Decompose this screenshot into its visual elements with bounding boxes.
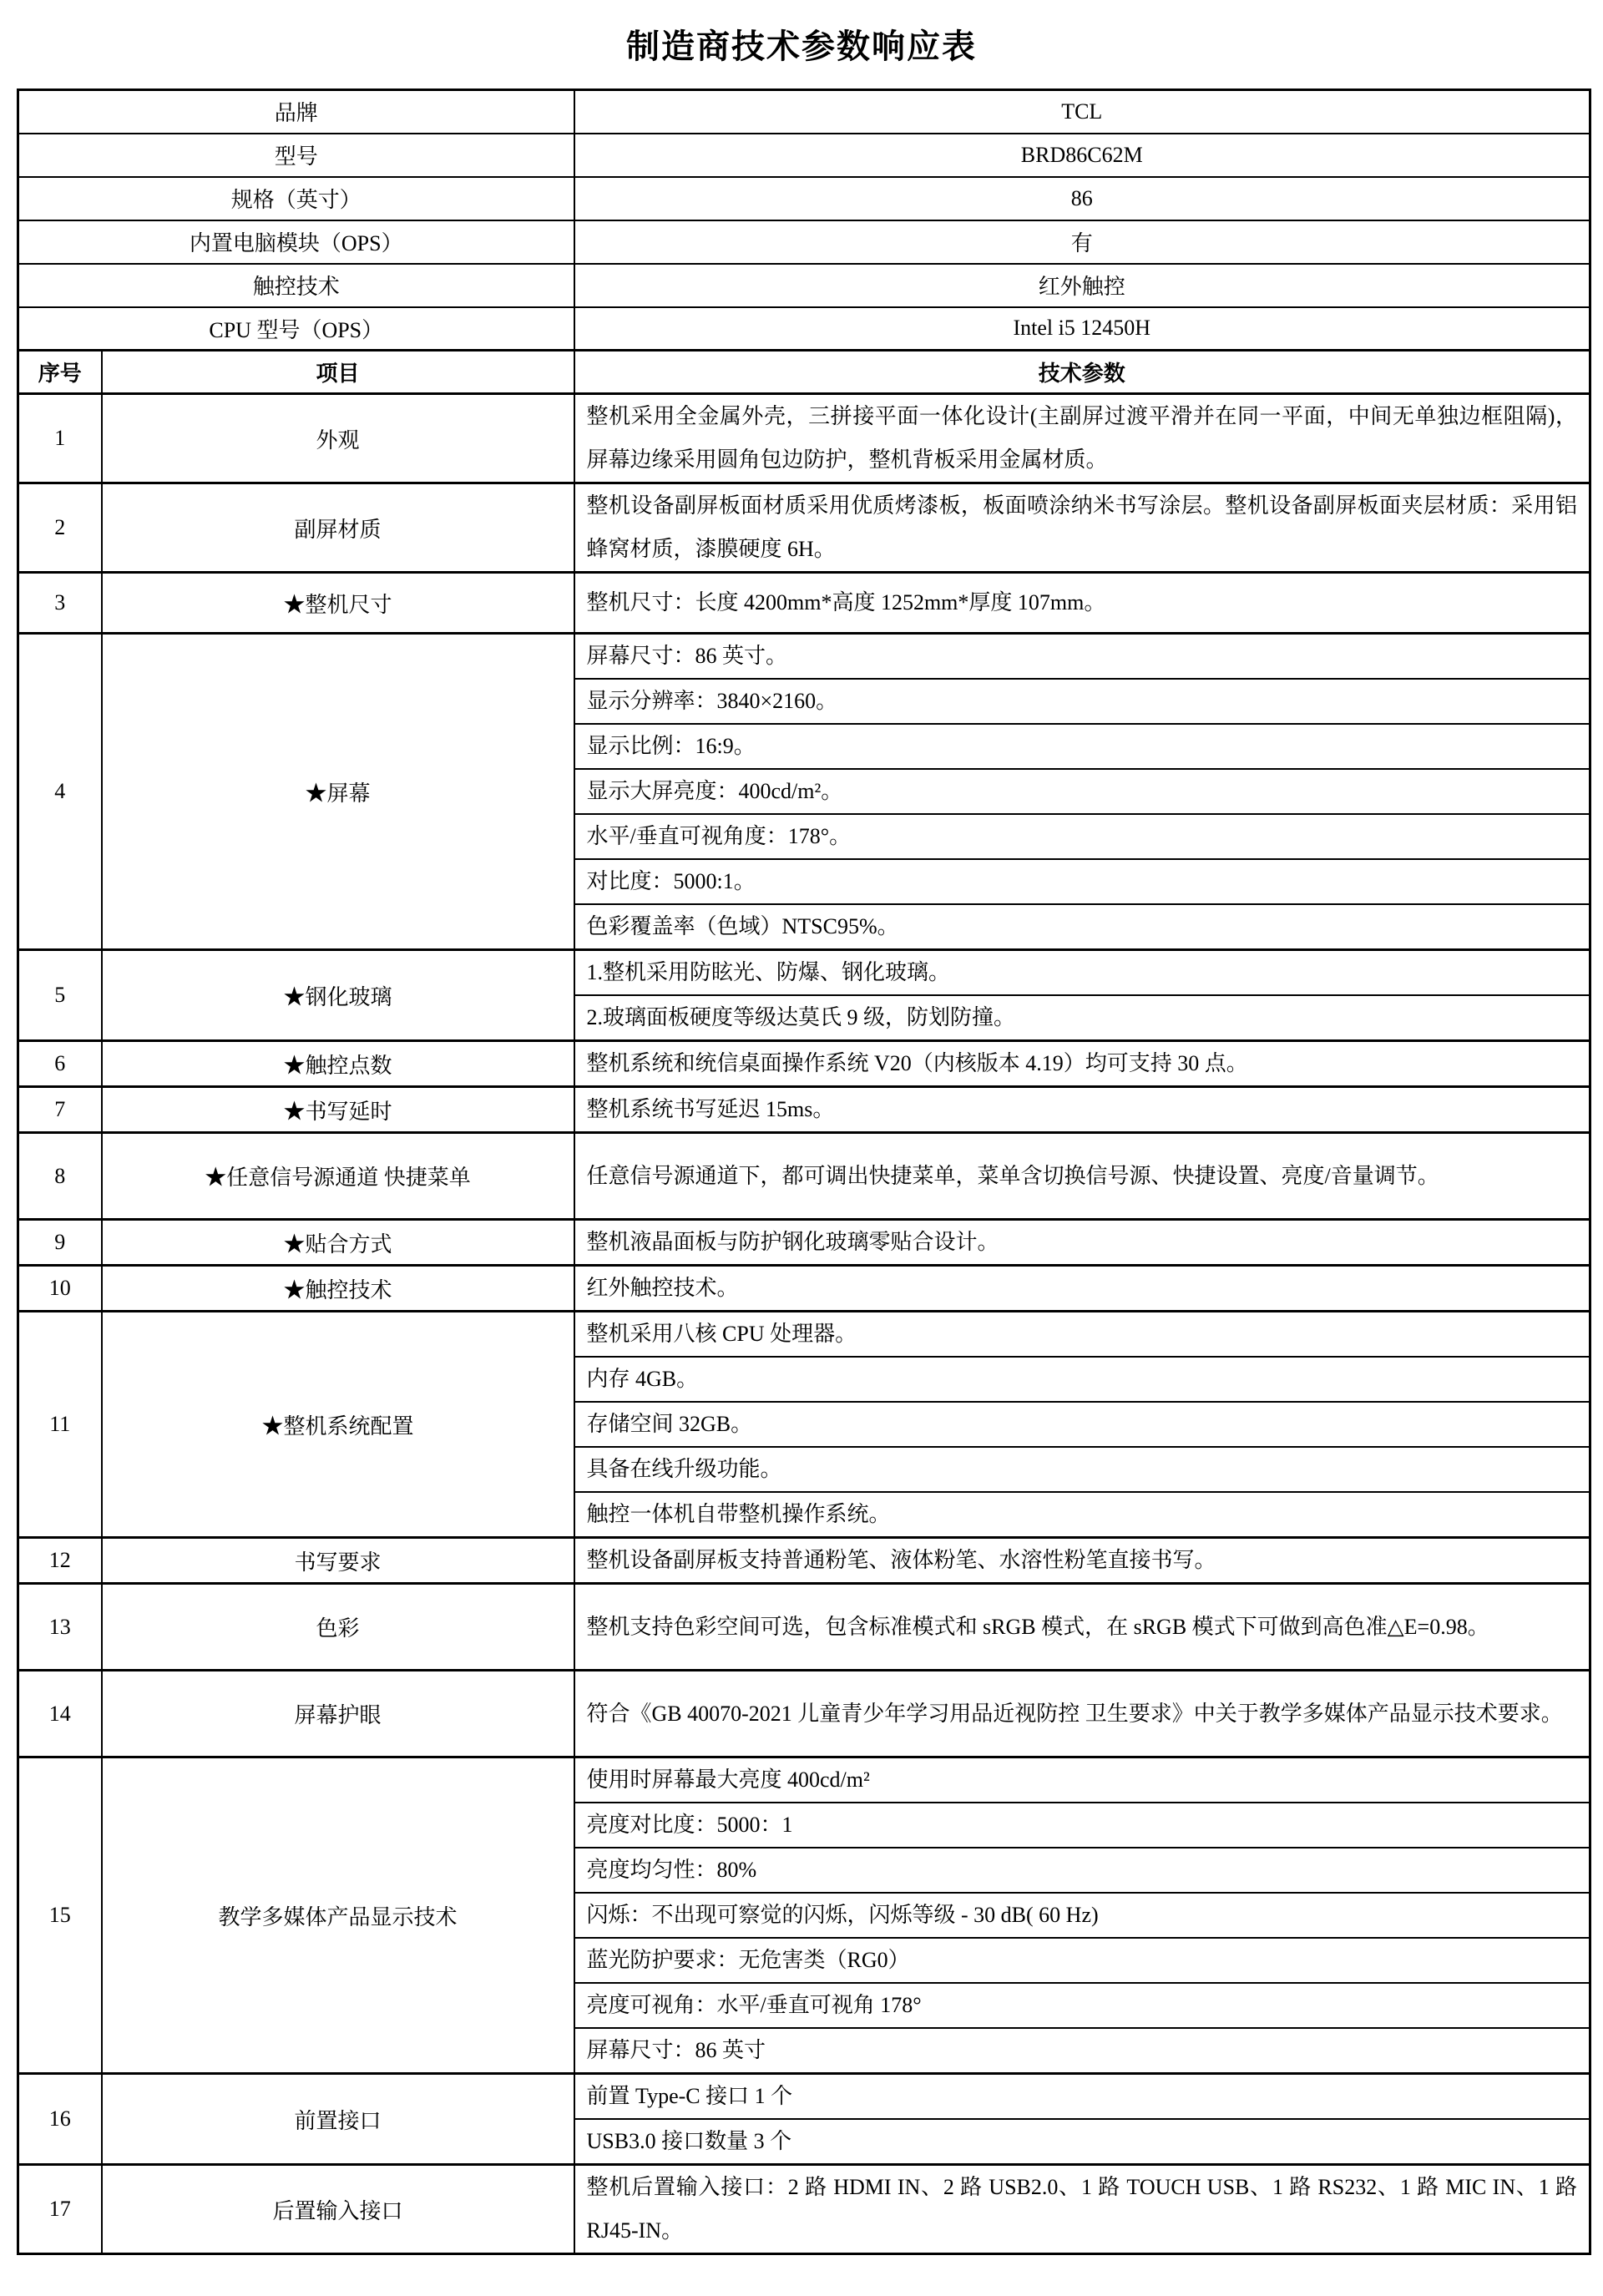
table-row: 触控技术 红外触控	[18, 264, 1590, 307]
table-row: 3 ★整机尺寸 整机尺寸：长度 4200mm*高度 1252mm*厚度 107m…	[18, 573, 1590, 634]
table-row: 14 屏幕护眼 符合《GB 40070-2021 儿童青少年学习用品近视防控 卫…	[18, 1671, 1590, 1757]
spec-row-item: 前置接口	[102, 2074, 574, 2165]
spec-row-param: 闪烁：不出现可察觉的闪烁，闪烁等级 - 30 dB( 60 Hz)	[574, 1893, 1590, 1938]
spec-row-param: 整机设备副屏板支持普通粉笔、液体粉笔、水溶性粉笔直接书写。	[574, 1538, 1590, 1584]
spec-row-param: 具备在线升级功能。	[574, 1447, 1590, 1492]
spec-row-item: ★屏幕	[102, 634, 574, 950]
spec-row-param: 符合《GB 40070-2021 儿童青少年学习用品近视防控 卫生要求》中关于教…	[574, 1671, 1590, 1757]
spec-row-param: 整机支持色彩空间可选，包含标准模式和 sRGB 模式，在 sRGB 模式下可做到…	[574, 1584, 1590, 1671]
header-param: 技术参数	[574, 351, 1590, 394]
spec-row-param: 整机采用八核 CPU 处理器。	[574, 1312, 1590, 1358]
spec-row-param: 亮度可视角：水平/垂直可视角 178°	[574, 1983, 1590, 2028]
spec-row-item: 屏幕护眼	[102, 1671, 574, 1757]
spec-row-number: 3	[18, 573, 102, 634]
info-row-label: 规格（英寸）	[18, 177, 574, 220]
spec-row-item: ★任意信号源通道 快捷菜单	[102, 1133, 574, 1220]
header-seq: 序号	[18, 351, 102, 394]
spec-row-number: 6	[18, 1041, 102, 1087]
spec-row-number: 15	[18, 1757, 102, 2074]
spec-row-item: 后置输入接口	[102, 2165, 574, 2254]
spec-row-item: ★整机系统配置	[102, 1312, 574, 1538]
info-row-value: TCL	[574, 90, 1590, 134]
info-row-value: 86	[574, 177, 1590, 220]
spec-row-param: 显示分辨率：3840×2160。	[574, 679, 1590, 724]
spec-row-param: 存储空间 32GB。	[574, 1402, 1590, 1447]
info-row-value: BRD86C62M	[574, 134, 1590, 177]
spec-row-number: 9	[18, 1220, 102, 1266]
table-row: 6 ★触控点数 整机系统和统信桌面操作系统 V20（内核版本 4.19）均可支持…	[18, 1041, 1590, 1087]
table-row: 15 教学多媒体产品显示技术 使用时屏幕最大亮度 400cd/m²	[18, 1757, 1590, 1803]
spec-row-param: 对比度：5000:1。	[574, 859, 1590, 904]
info-row-label: 内置电脑模块（OPS）	[18, 220, 574, 264]
spec-row-number: 16	[18, 2074, 102, 2165]
document-page: { "page_title": "制造商技术参数响应表", "info_tabl…	[0, 28, 1603, 2296]
table-header-row: 序号 项目 技术参数	[18, 351, 1590, 394]
spec-row-number: 12	[18, 1538, 102, 1584]
spec-row-number: 1	[18, 394, 102, 483]
info-row-label: CPU 型号（OPS）	[18, 307, 574, 351]
spec-row-param: 水平/垂直可视角度：178°。	[574, 814, 1590, 859]
table-row: 5 ★钢化玻璃 1.整机采用防眩光、防爆、钢化玻璃。	[18, 950, 1590, 996]
spec-row-number: 8	[18, 1133, 102, 1220]
table-row: CPU 型号（OPS） Intel i5 12450H	[18, 307, 1590, 351]
spec-row-param: 显示比例：16:9。	[574, 724, 1590, 769]
spec-row-number: 17	[18, 2165, 102, 2254]
spec-row-param: 整机采用全金属外壳，三拼接平面一体化设计(主副屏过渡平滑并在同一平面，中间无单独…	[574, 394, 1590, 483]
table-row: 规格（英寸） 86	[18, 177, 1590, 220]
info-row-label: 品牌	[18, 90, 574, 134]
spec-row-param: 整机液晶面板与防护钢化玻璃零贴合设计。	[574, 1220, 1590, 1266]
spec-row-item: 外观	[102, 394, 574, 483]
table-row: 8 ★任意信号源通道 快捷菜单 任意信号源通道下，都可调出快捷菜单，菜单含切换信…	[18, 1133, 1590, 1220]
table-row: 品牌 TCL	[18, 90, 1590, 134]
spec-row-param: 整机后置输入接口：2 路 HDMI IN、2 路 USB2.0、1 路 TOUC…	[574, 2165, 1590, 2254]
spec-row-param: 前置 Type-C 接口 1 个	[574, 2074, 1590, 2120]
table-row: 9 ★贴合方式 整机液晶面板与防护钢化玻璃零贴合设计。	[18, 1220, 1590, 1266]
spec-row-number: 11	[18, 1312, 102, 1538]
table-row: 16 前置接口 前置 Type-C 接口 1 个	[18, 2074, 1590, 2120]
spec-row-param: 任意信号源通道下，都可调出快捷菜单，菜单含切换信号源、快捷设置、亮度/音量调节。	[574, 1133, 1590, 1220]
spec-row-param: USB3.0 接口数量 3 个	[574, 2119, 1590, 2165]
table-row: 型号 BRD86C62M	[18, 134, 1590, 177]
info-row-value: 有	[574, 220, 1590, 264]
spec-table: 品牌 TCL 型号 BRD86C62M 规格（英寸） 86 内置电脑模块（OPS…	[17, 89, 1591, 2255]
spec-row-param: 触控一体机自带整机操作系统。	[574, 1492, 1590, 1538]
table-row: 1 外观 整机采用全金属外壳，三拼接平面一体化设计(主副屏过渡平滑并在同一平面，…	[18, 394, 1590, 483]
table-row: 12 书写要求 整机设备副屏板支持普通粉笔、液体粉笔、水溶性粉笔直接书写。	[18, 1538, 1590, 1584]
table-row: 11 ★整机系统配置 整机采用八核 CPU 处理器。	[18, 1312, 1590, 1358]
spec-row-param: 内存 4GB。	[574, 1357, 1590, 1402]
spec-row-param: 色彩覆盖率（色域）NTSC95%。	[574, 904, 1590, 950]
spec-row-number: 7	[18, 1087, 102, 1133]
info-row-label: 触控技术	[18, 264, 574, 307]
spec-row-item: ★触控点数	[102, 1041, 574, 1087]
table-row: 13 色彩 整机支持色彩空间可选，包含标准模式和 sRGB 模式，在 sRGB …	[18, 1584, 1590, 1671]
spec-row-item: ★整机尺寸	[102, 573, 574, 634]
spec-row-param: 整机系统和统信桌面操作系统 V20（内核版本 4.19）均可支持 30 点。	[574, 1041, 1590, 1087]
spec-row-param: 整机尺寸：长度 4200mm*高度 1252mm*厚度 107mm。	[574, 573, 1590, 634]
spec-row-item: ★触控技术	[102, 1266, 574, 1312]
spec-row-item: 副屏材质	[102, 483, 574, 573]
spec-row-param: 亮度对比度：5000：1	[574, 1803, 1590, 1848]
table-row: 7 ★书写延时 整机系统书写延迟 15ms。	[18, 1087, 1590, 1133]
spec-row-item: 色彩	[102, 1584, 574, 1671]
spec-row-param: 1.整机采用防眩光、防爆、钢化玻璃。	[574, 950, 1590, 996]
table-row: 内置电脑模块（OPS） 有	[18, 220, 1590, 264]
spec-row-number: 14	[18, 1671, 102, 1757]
spec-row-param: 整机系统书写延迟 15ms。	[574, 1087, 1590, 1133]
table-row: 17 后置输入接口 整机后置输入接口：2 路 HDMI IN、2 路 USB2.…	[18, 2165, 1590, 2254]
info-row-value: 红外触控	[574, 264, 1590, 307]
spec-row-number: 13	[18, 1584, 102, 1671]
spec-row-number: 2	[18, 483, 102, 573]
spec-row-param: 亮度均匀性：80%	[574, 1848, 1590, 1893]
spec-row-param: 显示大屏亮度：400cd/m²。	[574, 769, 1590, 814]
table-row: 4 ★屏幕 屏幕尺寸：86 英寸。	[18, 634, 1590, 680]
spec-row-item: 书写要求	[102, 1538, 574, 1584]
table-row: 10 ★触控技术 红外触控技术。	[18, 1266, 1590, 1312]
spec-row-param: 屏幕尺寸：86 英寸。	[574, 634, 1590, 680]
table-row: 2 副屏材质 整机设备副屏板面材质采用优质烤漆板，板面喷涂纳米书写涂层。整机设备…	[18, 483, 1590, 573]
spec-row-item: ★钢化玻璃	[102, 950, 574, 1041]
header-item: 项目	[102, 351, 574, 394]
spec-row-number: 4	[18, 634, 102, 950]
spec-row-item: ★书写延时	[102, 1087, 574, 1133]
info-row-label: 型号	[18, 134, 574, 177]
spec-row-item: 教学多媒体产品显示技术	[102, 1757, 574, 2074]
page-title: 制造商技术参数响应表	[0, 28, 1603, 65]
spec-row-param: 红外触控技术。	[574, 1266, 1590, 1312]
spec-row-param: 2.玻璃面板硬度等级达莫氏 9 级，防划防撞。	[574, 995, 1590, 1041]
spec-row-item: ★贴合方式	[102, 1220, 574, 1266]
spec-row-number: 5	[18, 950, 102, 1041]
spec-row-param: 屏幕尺寸：86 英寸	[574, 2028, 1590, 2074]
spec-row-param: 使用时屏幕最大亮度 400cd/m²	[574, 1757, 1590, 1803]
spec-row-number: 10	[18, 1266, 102, 1312]
spec-row-param: 整机设备副屏板面材质采用优质烤漆板，板面喷涂纳米书写涂层。整机设备副屏板面夹层材…	[574, 483, 1590, 573]
spec-row-param: 蓝光防护要求：无危害类（RG0）	[574, 1938, 1590, 1983]
info-row-value: Intel i5 12450H	[574, 307, 1590, 351]
